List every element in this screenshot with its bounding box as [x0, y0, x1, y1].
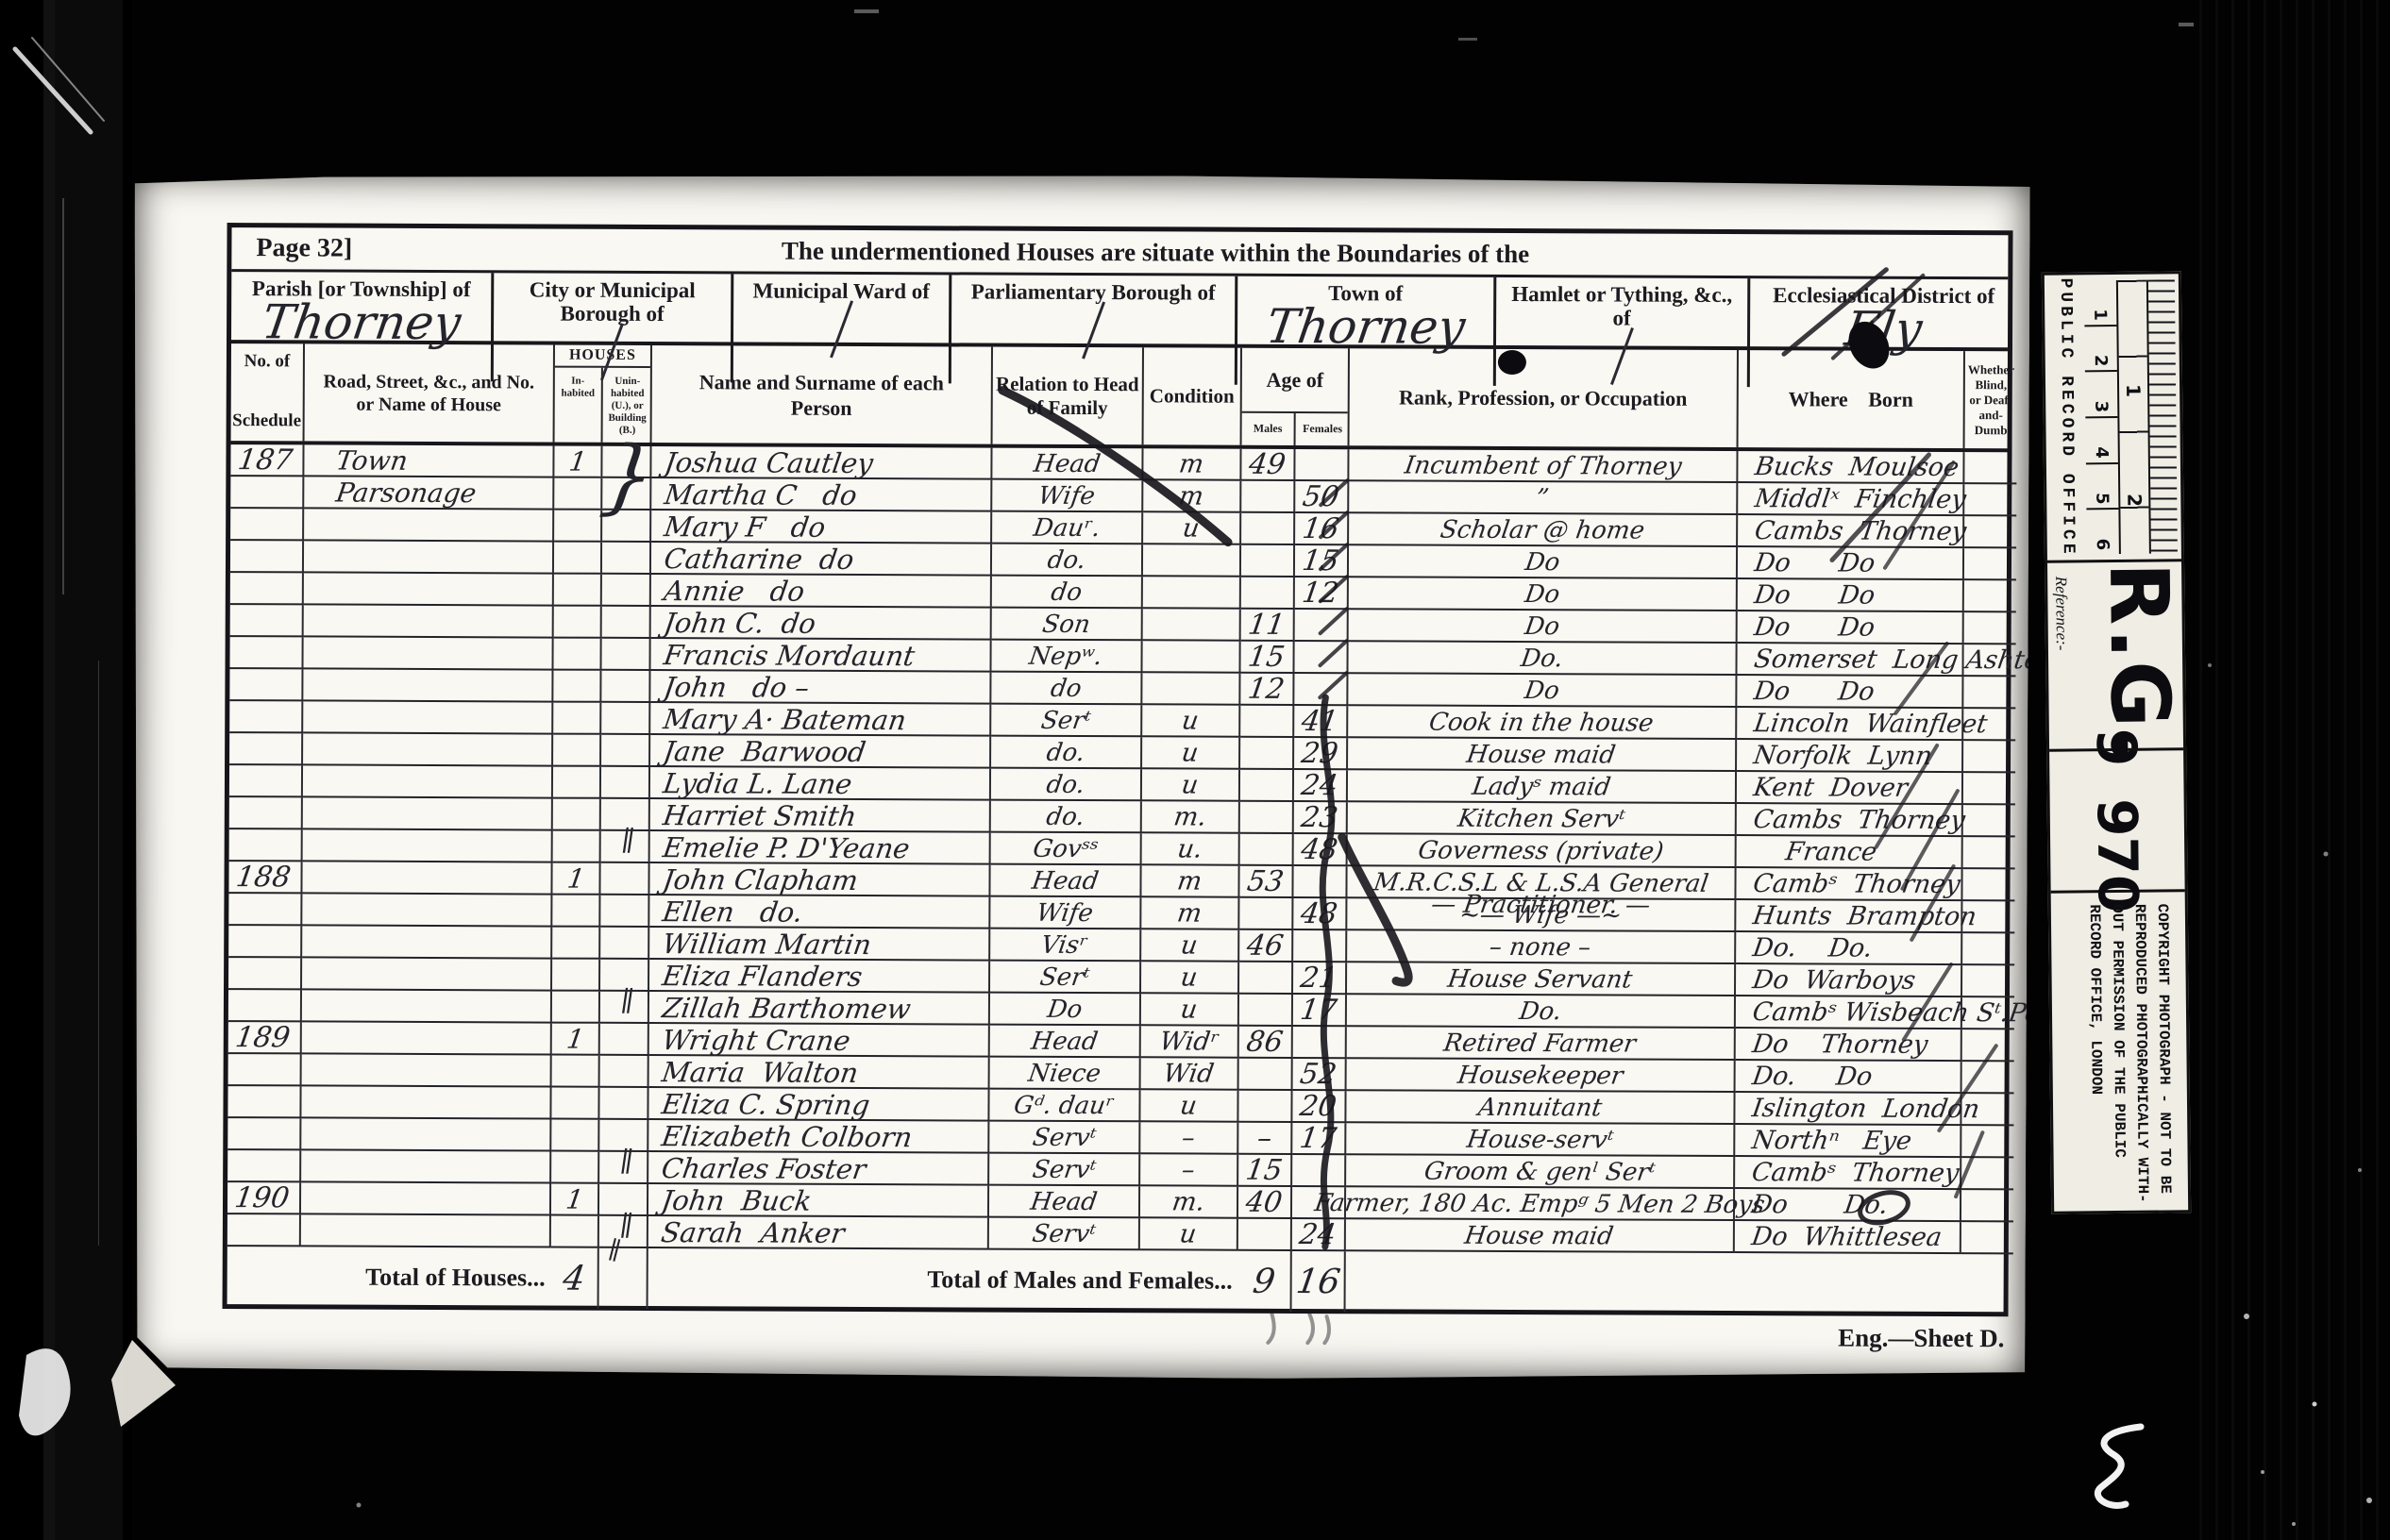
entry-born: Do Do. — [1750, 1191, 1890, 1220]
entry-relation: Servᵗ — [1031, 1124, 1098, 1152]
cell-relation: Serᵗ — [991, 705, 1142, 738]
area-value: Thorney — [259, 294, 464, 350]
cell-condition: u — [1142, 737, 1240, 769]
area-header-1: City or Municipal Borough of — [494, 273, 733, 382]
cell-born: Cambˢ Wisbeach Sᵗ.Peters — [1736, 996, 1962, 1029]
totals-blank — [1346, 1251, 2013, 1314]
cell-condition: u — [1141, 929, 1239, 962]
cell-female: 50 — [1295, 481, 1349, 513]
ruler-number: 3 — [2085, 372, 2118, 418]
cell-road — [302, 958, 552, 991]
road-brace-mark: } — [597, 439, 660, 514]
area-header-6: Ecclesiastical District ofEly — [1750, 278, 2017, 388]
entry-name: Eliza C. Spring — [660, 1090, 871, 1119]
cell-born: Lincoln Wainfleet — [1737, 708, 1963, 741]
cell-occupation: Farmer, 180 Ac. Empᵍ 5 Men 2 Boys — [1346, 1187, 1735, 1221]
entry-male: 40 — [1244, 1189, 1285, 1217]
entry-name: Martha C do — [663, 480, 859, 510]
entry-relation: Servᵗ — [1030, 1220, 1097, 1248]
cell-schedule — [228, 990, 302, 1022]
entry-name: John Buck — [660, 1186, 814, 1215]
cell-relation: Wife — [990, 897, 1141, 930]
cell-road — [303, 733, 553, 766]
cell-relation: Gᵈ. dauʳ — [989, 1090, 1140, 1123]
cell-condition: u — [1141, 994, 1239, 1026]
cell-road — [304, 605, 554, 638]
cell-male — [1241, 481, 1295, 513]
area-header-5: Hamlet or Tything, &c., of — [1496, 277, 1750, 387]
cell-name: Zillah Barthomew∥ — [649, 992, 990, 1026]
entry-condition: u — [1178, 1092, 1199, 1120]
entry-name: Wright Crane — [660, 1026, 851, 1055]
cell-name: Charles Foster∥ — [648, 1152, 989, 1186]
area-label: Hamlet or Tything, &c., of — [1496, 282, 1747, 330]
entry-relation: Niece — [1026, 1060, 1102, 1088]
entry-name: Jane Barwood — [662, 737, 867, 766]
cell-female — [1294, 674, 1348, 706]
entry-female: 24 — [1300, 772, 1340, 800]
entry-born: Norfolk Lynn — [1752, 742, 1934, 771]
area-header-0: Parish [or Township] ofThorney — [231, 272, 494, 381]
cell-road — [302, 862, 552, 895]
entry-born: Northⁿ Eye — [1750, 1127, 1913, 1156]
total-males: 9 — [1238, 1251, 1292, 1312]
entry-occupation: Do — [1523, 677, 1561, 705]
pen-slash-mark — [1082, 302, 1105, 360]
entry-condition: Widʳ — [1157, 1028, 1220, 1056]
cell-blind — [1964, 580, 2016, 612]
cell-occupation: Do. — [1348, 642, 1737, 676]
cell-inh — [551, 1152, 599, 1184]
cell-name: John do – — [650, 671, 991, 705]
entry-occupation: Do — [1523, 580, 1561, 609]
cell-uninh — [600, 863, 649, 896]
entry-born: Do. Do — [1750, 1063, 1874, 1092]
entry-name: Joshua Cautley — [663, 448, 875, 477]
cell-road — [302, 926, 552, 959]
cell-condition: u — [1140, 1218, 1238, 1250]
entry-born: Do Whittlesea — [1750, 1223, 1944, 1252]
cell-schedule: 188 — [228, 862, 302, 894]
cell-condition: u — [1140, 1090, 1238, 1122]
cell-born: Cambˢ Thorney — [1736, 868, 1962, 901]
cell-born: Cambs Thorney — [1737, 804, 1963, 837]
cell-female — [1293, 1027, 1347, 1059]
entry-male: 86 — [1245, 1029, 1286, 1057]
entry-name: Sarah Anker — [660, 1218, 847, 1247]
entry-condition: m — [1175, 867, 1203, 896]
cell-inh — [552, 928, 600, 960]
cell-female: 24 — [1292, 1219, 1346, 1251]
cell-condition: u. — [1142, 833, 1240, 865]
cell-road — [301, 1182, 551, 1215]
cell-blind — [1962, 997, 2014, 1029]
entry-female: 17 — [1298, 1125, 1338, 1153]
cell-male — [1239, 1059, 1293, 1091]
cell-born: Do Do — [1738, 611, 1964, 644]
entry-relation: Dauʳ. — [1032, 514, 1102, 543]
cell-condition: m — [1141, 865, 1239, 897]
cell-female: 17 — [1293, 995, 1347, 1027]
cell-blind — [1963, 805, 2015, 837]
entry-female: 29 — [1300, 740, 1340, 768]
entry-name: Eliza Flanders — [661, 962, 865, 991]
cell-relation: Servᵗ — [989, 1122, 1140, 1155]
cell-male: 49 — [1241, 449, 1295, 481]
cell-relation: do. — [992, 544, 1143, 577]
col-females: Females — [1296, 413, 1350, 445]
entry-condition: – — [1180, 1124, 1197, 1152]
cell-uninh — [600, 1024, 649, 1056]
entry-occupation-line2: — Practitioner. — — [1429, 891, 1652, 920]
cell-born: Do Warboys — [1736, 964, 1962, 997]
cell-schedule — [229, 701, 303, 733]
entry-occupation: House-servᵗ — [1465, 1126, 1615, 1155]
entry-born: Cambˢ Thorney — [1750, 1159, 1961, 1188]
cell-road — [302, 1022, 552, 1055]
cell-inh — [553, 831, 601, 863]
cell-occupation: Groom & genˡ Serᵗ — [1346, 1155, 1735, 1189]
cell-male — [1239, 962, 1293, 995]
piece-numbers: 9 970 — [2049, 750, 2185, 893]
entry-occupation: Cook in the house — [1427, 709, 1656, 738]
entry-female: 50 — [1301, 483, 1341, 511]
entry-female: 41 — [1300, 708, 1340, 736]
cell-born: Do Do — [1737, 676, 1963, 709]
cell-condition: m. — [1142, 801, 1240, 833]
cell-name: Elizabeth Colborn — [648, 1120, 989, 1154]
cell-condition: m — [1143, 480, 1241, 512]
cell-born: Do Do — [1738, 579, 1964, 612]
entry-born: Do Do — [1752, 678, 1877, 707]
entry-relation: Gᵈ. dauʳ — [1012, 1092, 1116, 1120]
cell-uninh — [601, 703, 650, 735]
reference-label: Reference:- — [2051, 577, 2071, 651]
entry-born: Cambˢ Wisbeach Sᵗ.Peters — [1751, 998, 2093, 1029]
uninhabited-mark: ∥ — [599, 1248, 648, 1309]
entry-born: Cambs Thorney — [1753, 517, 1968, 546]
cell-born: Do Do — [1738, 547, 1964, 580]
pen-slash-mark — [600, 323, 624, 380]
entry-schedule: 190 — [233, 1184, 292, 1213]
entry-born: Do Do — [1753, 581, 1877, 611]
cell-schedule — [230, 605, 304, 637]
entry-condition: u — [1180, 739, 1201, 767]
cell-male — [1241, 577, 1295, 610]
entry-schedule: 188 — [234, 863, 293, 892]
cell-condition — [1142, 641, 1240, 673]
cell-female: 16 — [1295, 513, 1349, 545]
entry-occupation: Annuitant — [1476, 1094, 1604, 1123]
cell-male — [1239, 995, 1293, 1027]
entry-female: 48 — [1299, 900, 1339, 929]
frame-squiggle-mark — [2097, 1427, 2141, 1505]
cell-occupation: Do. — [1347, 995, 1736, 1029]
entry-female: 17 — [1299, 996, 1339, 1025]
total-females: 16 — [1292, 1251, 1346, 1312]
entry-relation: do. — [1044, 803, 1086, 831]
cell-inh — [554, 511, 602, 543]
entry-born: France — [1751, 838, 1878, 867]
ruler-number: 2 — [2084, 326, 2117, 373]
cell-occupation: Do — [1349, 545, 1738, 579]
cell-condition — [1142, 673, 1240, 705]
entry-occupation: Do. — [1517, 997, 1563, 1026]
entry-male: 46 — [1245, 932, 1286, 961]
cell-relation: do — [991, 673, 1142, 706]
entry-condition: u — [1181, 514, 1202, 543]
cell-male: 11 — [1241, 610, 1295, 642]
entry-female: 20 — [1299, 1093, 1339, 1121]
cell-inh — [554, 575, 602, 607]
cell-inh — [552, 960, 600, 992]
cell-road: Town — [304, 444, 554, 477]
col-males: Males — [1242, 413, 1296, 445]
entry-road: Parsonage — [334, 479, 478, 509]
cell-female: 52 — [1293, 1059, 1347, 1091]
entry-name: Ellen do. — [661, 897, 804, 927]
cell-name: Emelie P. D'Yeane∥ — [650, 831, 991, 865]
entry-male: 15 — [1244, 1157, 1285, 1185]
entry-name: Mary A· Bateman — [662, 705, 908, 734]
cell-born: Kent Dover — [1737, 772, 1963, 805]
cell-female: 24 — [1294, 770, 1348, 802]
cell-schedule — [230, 477, 304, 509]
entry-name: William Martin — [661, 929, 873, 959]
cell-schedule — [229, 733, 303, 765]
cell-name: Sarah Anker∥ — [648, 1216, 989, 1250]
cell-born: Hunts Brampton — [1736, 900, 1962, 933]
entry-inh: 1 — [567, 448, 588, 477]
cell-blind — [1963, 644, 2015, 677]
entry-name: Francis Mordaunt — [662, 641, 917, 670]
cell-uninh — [600, 1056, 649, 1088]
entry-occupation: Kitchen Servᵗ — [1456, 805, 1626, 834]
cell-condition: Wid — [1141, 1058, 1239, 1090]
entry-occupation: Do — [1523, 548, 1561, 577]
cell-female — [1294, 642, 1348, 674]
cell-uninh — [599, 1088, 648, 1120]
cell-blind — [1964, 484, 2016, 516]
entry-name: John Clapham — [661, 865, 860, 895]
cell-schedule — [230, 541, 304, 573]
cell-born: Do. Do. — [1736, 932, 1962, 965]
cell-born: France — [1737, 836, 1963, 869]
entry-condition: u — [1180, 771, 1201, 799]
totals-row: Total of Houses... 4 ∥ Total of Males an… — [227, 1247, 2004, 1314]
cell-occupation: Ladyˢ maid — [1348, 770, 1737, 804]
entry-condition: Wid — [1162, 1060, 1217, 1088]
cell-occupation: Do — [1349, 610, 1738, 644]
entry-relation: Servᵗ — [1030, 1156, 1097, 1184]
cell-condition: u — [1142, 769, 1240, 801]
cell-uninh — [601, 767, 650, 799]
area-header-2: Municipal Ward of — [733, 274, 951, 383]
area-value: Thorney — [1263, 299, 1469, 355]
cell-blind — [1962, 1029, 2014, 1062]
entry-female: 21 — [1299, 964, 1339, 993]
cell-female: 15 — [1295, 545, 1349, 577]
entry-condition: u — [1178, 1220, 1199, 1248]
entry-condition: m. — [1171, 803, 1208, 831]
cell-name: William Martin — [649, 928, 990, 962]
cell-female: 48 — [1293, 898, 1347, 930]
cell-blind — [1963, 773, 2015, 805]
entry-name: John C. do — [662, 609, 817, 638]
cell-blind — [1963, 741, 2015, 773]
entry-condition: u — [1179, 963, 1200, 992]
ruler-number: 5 — [2086, 464, 2119, 511]
cell-male — [1240, 802, 1294, 834]
cell-occupation: House Servant — [1347, 962, 1736, 996]
cell-relation: Do — [990, 994, 1141, 1027]
cell-name: Ellen do. — [649, 896, 990, 929]
cell-inh — [551, 1088, 599, 1120]
entry-occupation: Do. — [1519, 644, 1565, 673]
cell-inh — [553, 767, 601, 799]
cell-male — [1240, 834, 1294, 866]
cell-inh — [553, 735, 601, 767]
cell-blind — [1964, 612, 2016, 644]
entry-born: Cambs Thorney — [1751, 806, 1966, 835]
area-headers: Parish [or Township] ofThorneyCity or Mu… — [231, 272, 2008, 351]
census-rows: } 187Town1Joshua CautleyHeadm49Incumbent… — [227, 444, 2008, 1254]
cell-female: 12 — [1295, 577, 1349, 610]
entry-relation: Head — [1030, 867, 1101, 896]
entry-name: Elizabeth Colborn — [660, 1122, 914, 1151]
copyright-line: RECORD OFFICE, LONDON — [2083, 904, 2109, 1203]
sheet-footer: Eng.—Sheet D. — [1721, 1323, 2004, 1353]
entry-relation: Son — [1040, 611, 1092, 639]
entry-occupation: Do — [1523, 612, 1561, 641]
cell-condition: u — [1142, 705, 1240, 737]
cell-name: Lydia L. Lane — [650, 767, 991, 801]
cell-male: 53 — [1239, 866, 1293, 898]
pro-office-label: PUBLIC RECORD OFFICE — [2037, 275, 2087, 561]
entry-born: Bucks Moulsoe — [1753, 453, 1961, 482]
copyright-notice: COPYRIGHT PHOTOGRAPH - NOT TO BEREPRODUC… — [2051, 892, 2189, 1211]
entry-condition: m. — [1170, 1188, 1207, 1216]
cell-schedule — [229, 765, 303, 797]
entry-relation: Wife — [1035, 899, 1095, 928]
cell-blind — [1963, 837, 2015, 869]
cell-condition: Widʳ — [1141, 1026, 1239, 1058]
cell-blind — [1963, 677, 2015, 709]
entry-relation: do. — [1045, 771, 1086, 799]
cell-occupation: House-servᵗ — [1346, 1123, 1735, 1157]
cell-occupation: Housekeeper — [1347, 1059, 1736, 1093]
entry-occupation: Governess (private) — [1416, 837, 1665, 866]
film-scratch — [98, 661, 99, 1246]
cell-female — [1293, 930, 1347, 962]
cell-name: Jane Barwood — [650, 735, 991, 769]
area-header-3: Parliamentary Borough of — [951, 275, 1237, 384]
cell-occupation: Retired Farmer — [1347, 1027, 1736, 1061]
cell-occupation: Incumbent of Thorney — [1349, 449, 1738, 483]
entry-occupation: Ladyˢ maid — [1471, 773, 1613, 802]
cell-uninh — [601, 639, 650, 671]
pen-slash-mark — [830, 300, 853, 358]
entry-occupation: Housekeeper — [1456, 1062, 1624, 1091]
cell-female: 17 — [1292, 1123, 1346, 1155]
cell-male — [1239, 898, 1293, 930]
cell-schedule — [227, 1118, 301, 1150]
cell-relation: do. — [991, 737, 1142, 770]
cell-female — [1293, 866, 1347, 898]
cell-uninh — [601, 671, 650, 703]
cell-uninh — [602, 543, 651, 575]
entry-condition: m — [1175, 899, 1203, 928]
entry-relation: do. — [1046, 546, 1087, 575]
cell-blind — [1962, 869, 2014, 901]
cell-name: Eliza C. Spring — [648, 1088, 989, 1122]
cell-schedule — [230, 573, 304, 605]
cell-schedule — [228, 926, 302, 958]
entry-name: Catharine do — [663, 544, 856, 574]
entry-female: 48 — [1300, 836, 1340, 864]
entry-occupation: Farmer, 180 Ac. Empᵍ 5 Men 2 Boys — [1312, 1189, 1766, 1219]
entry-male: – — [1255, 1125, 1273, 1153]
entry-born: Do Do — [1752, 613, 1877, 643]
cell-road — [304, 573, 554, 606]
cell-schedule — [227, 1150, 301, 1182]
entry-name: Emelie P. D'Yeane — [661, 833, 911, 862]
cell-inh — [552, 992, 600, 1024]
cell-relation: Dauʳ. — [992, 512, 1143, 545]
entry-occupation: Scholar @ home — [1439, 516, 1646, 545]
cell-relation: Serᵗ — [990, 962, 1141, 995]
total-houses-value: 4 — [551, 1248, 599, 1309]
area-label: Municipal Ward of — [745, 278, 937, 303]
cell-road — [303, 829, 553, 862]
cell-road — [303, 797, 553, 830]
cell-inh: 1 — [552, 863, 600, 896]
cell-inh — [553, 799, 601, 831]
cell-born: Do. Do — [1736, 1061, 1962, 1094]
copyright-line: REPRODUCED PHOTOGRAPHICALLY WITH- — [2129, 904, 2154, 1203]
film-edge-left — [0, 0, 132, 1540]
entry-relation: do. — [1045, 739, 1086, 767]
cell-born: Somerset Long Ashton — [1737, 644, 1963, 677]
cell-name: Wright Crane — [649, 1024, 990, 1058]
census-form: Page 32] The undermentioned Houses are s… — [223, 223, 2013, 1316]
cell-born: Northⁿ Eye — [1735, 1125, 1961, 1158]
area-label: City or Municipal Borough of — [494, 277, 731, 326]
cell-male — [1238, 1091, 1292, 1123]
cell-blind — [1964, 548, 2016, 580]
ruler-ticks — [2146, 279, 2178, 553]
entry-condition: m — [1177, 482, 1205, 511]
film-scratch — [62, 198, 64, 594]
area-value: Ely — [1842, 302, 1926, 357]
cell-relation: Govˢˢ — [991, 833, 1142, 866]
entry-condition: – — [1180, 1156, 1197, 1184]
entry-condition: u — [1179, 931, 1200, 960]
entry-born: Middlˣ Finchley — [1753, 485, 1968, 514]
cell-inh — [554, 607, 602, 639]
cell-uninh — [602, 607, 651, 639]
cell-schedule: 187 — [230, 444, 304, 477]
entry-born: Cambˢ Thorney — [1751, 870, 1961, 899]
cell-inh — [553, 639, 601, 671]
cell-road — [301, 1086, 551, 1119]
entry-name: John do – — [662, 673, 811, 702]
cell-female: 23 — [1294, 802, 1348, 834]
copyright-line: OUT PERMISSION OF THE PUBLIC — [2106, 904, 2131, 1203]
cell-inh — [554, 478, 602, 511]
entry-born: Do Thorney — [1750, 1030, 1929, 1060]
cell-relation: Head — [990, 1026, 1141, 1059]
